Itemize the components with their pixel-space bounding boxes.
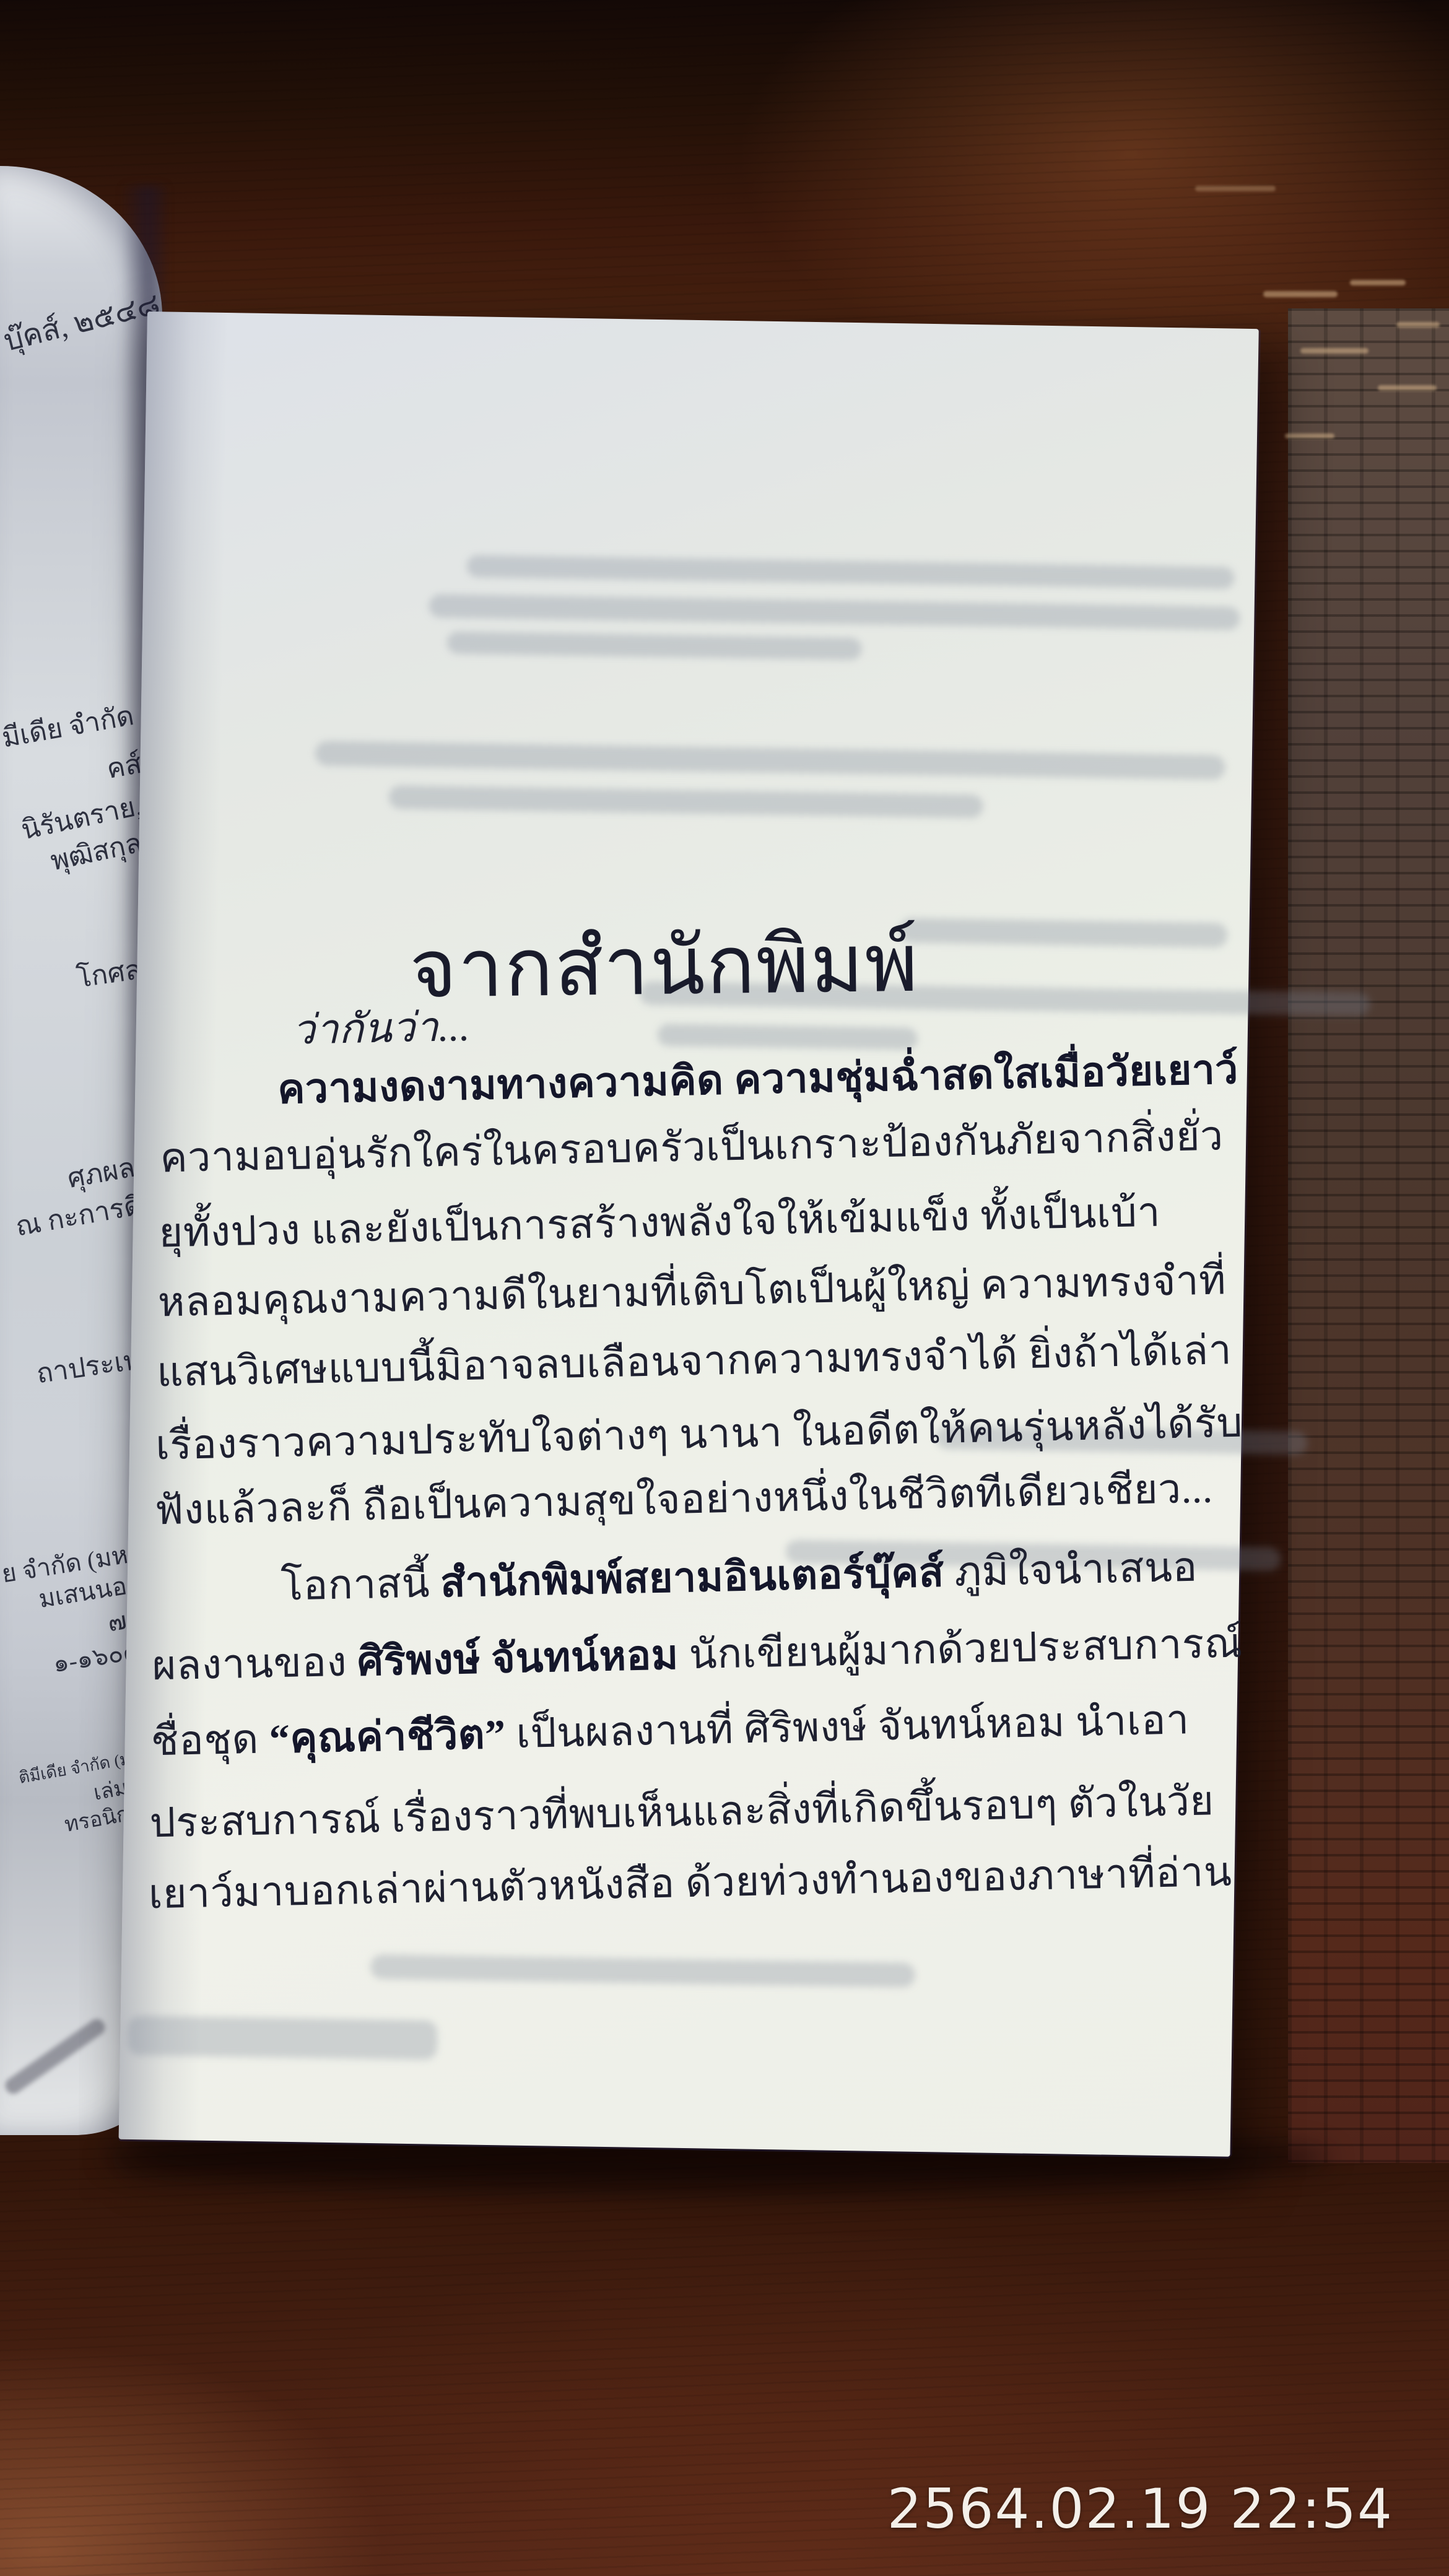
line-bold-text: ศิริพงษ์ จันทน์หอม (357, 1633, 679, 1685)
line-text: ชื่อชุด (150, 1717, 270, 1764)
bleedthrough-text-band (388, 785, 983, 818)
line-bold-text: “คุณค่าชีวิต” (269, 1712, 506, 1762)
line-text: ภูมิใจนำเสนอ (944, 1545, 1198, 1596)
right-page: จากสำนักพิมพ์ ว่ากันว่า... ความงดงามทางค… (119, 311, 1259, 2157)
wood-highlight-dash (1378, 385, 1437, 391)
wood-highlight-dash (1396, 322, 1440, 328)
wood-strip-right (1288, 308, 1449, 2163)
bleedthrough-text-band (370, 1954, 916, 1988)
wood-highlight-dash (1300, 348, 1368, 354)
line-text: นักเขียนผู้มากด้วยประสบการณ์ (678, 1621, 1243, 1678)
bleedthrough-text-band (315, 741, 1225, 780)
wood-highlight-dash (1285, 433, 1334, 438)
line-text: ยุทั้งปวง และยังเป็นการสร้างพลังใจให้เข้… (159, 1190, 1161, 1256)
bleedthrough-text-band (128, 2016, 438, 2060)
paragraph-line: เยาว์มาบอกเล่าผ่านตัวหนังสือ ด้วยท่วงทำน… (148, 1839, 1233, 1927)
paragraph-line: ผลงานของ ศิริพงษ์ จันทน์หอม นักเขียนผู้ม… (152, 1611, 1243, 1699)
line-bold-text: ความงดงามทางความคิด ความชุ่มฉ่ำสดใสเมื่อ… (277, 1047, 1239, 1112)
paragraph-line: โอกาสนี้ สำนักพิมพ์สยามอินเตอร์บุ๊คส์ ภู… (281, 1534, 1198, 1619)
camera-timestamp: 2564.02.19 22:54 (887, 2477, 1393, 2541)
line-text: โอกาสนี้ (281, 1560, 441, 1609)
line-text: ผลงานของ (152, 1639, 358, 1689)
wood-highlight-dash (1195, 186, 1276, 191)
line-text: เป็นผลงานที่ ศิริพงษ์ จันทน์หอม นำเอา (505, 1697, 1190, 1757)
illegible-stamp-fragment (2, 2016, 108, 2097)
line-text: ประสบการณ์ เรื่องราวที่พบเห็นและสิ่งที่เ… (149, 1778, 1214, 1846)
line-text: ฟังแล้วละก็ ถือเป็นความสุขใจอย่างหนึ่งใน… (154, 1466, 1214, 1534)
paragraph-line: ว่ากันว่า... (292, 994, 471, 1063)
bleedthrough-text-band (429, 594, 1240, 630)
book-photo: { "camera": { "timestamp": "2564.02.19 2… (0, 0, 1449, 2576)
line-text: ความอบอุ่นรักใคร่ในครอบครัวเป็นเกราะป้อง… (160, 1114, 1224, 1181)
wood-highlight-dash (1350, 280, 1406, 285)
paragraph-line: ชื่อชุด “คุณค่าชีวิต” เป็นผลงานที่ ศิริพ… (150, 1687, 1190, 1773)
bleedthrough-text-band (899, 918, 1228, 947)
line-text: แสนวิเศษแบบนี้มิอาจลบเลือนจากความทรงจำได… (156, 1328, 1232, 1395)
bleedthrough-text-band (466, 555, 1234, 589)
wood-highlight-dash (1263, 291, 1338, 297)
page-title: จากสำนักพิมพ์ (409, 899, 920, 1033)
line-bold-text: สำนักพิมพ์สยามอินเตอร์บุ๊คส์ (440, 1550, 944, 1606)
line-text: เยาว์มาบอกเล่าผ่านตัวหนังสือ ด้วยท่วงทำน… (148, 1850, 1232, 1918)
line-text: หลอมคุณงามความดีในยามที่เติบโตเป็นผู้ใหญ… (157, 1258, 1227, 1325)
bleedthrough-text-band (446, 632, 861, 661)
line-text: ว่ากันว่า... (292, 1004, 471, 1053)
